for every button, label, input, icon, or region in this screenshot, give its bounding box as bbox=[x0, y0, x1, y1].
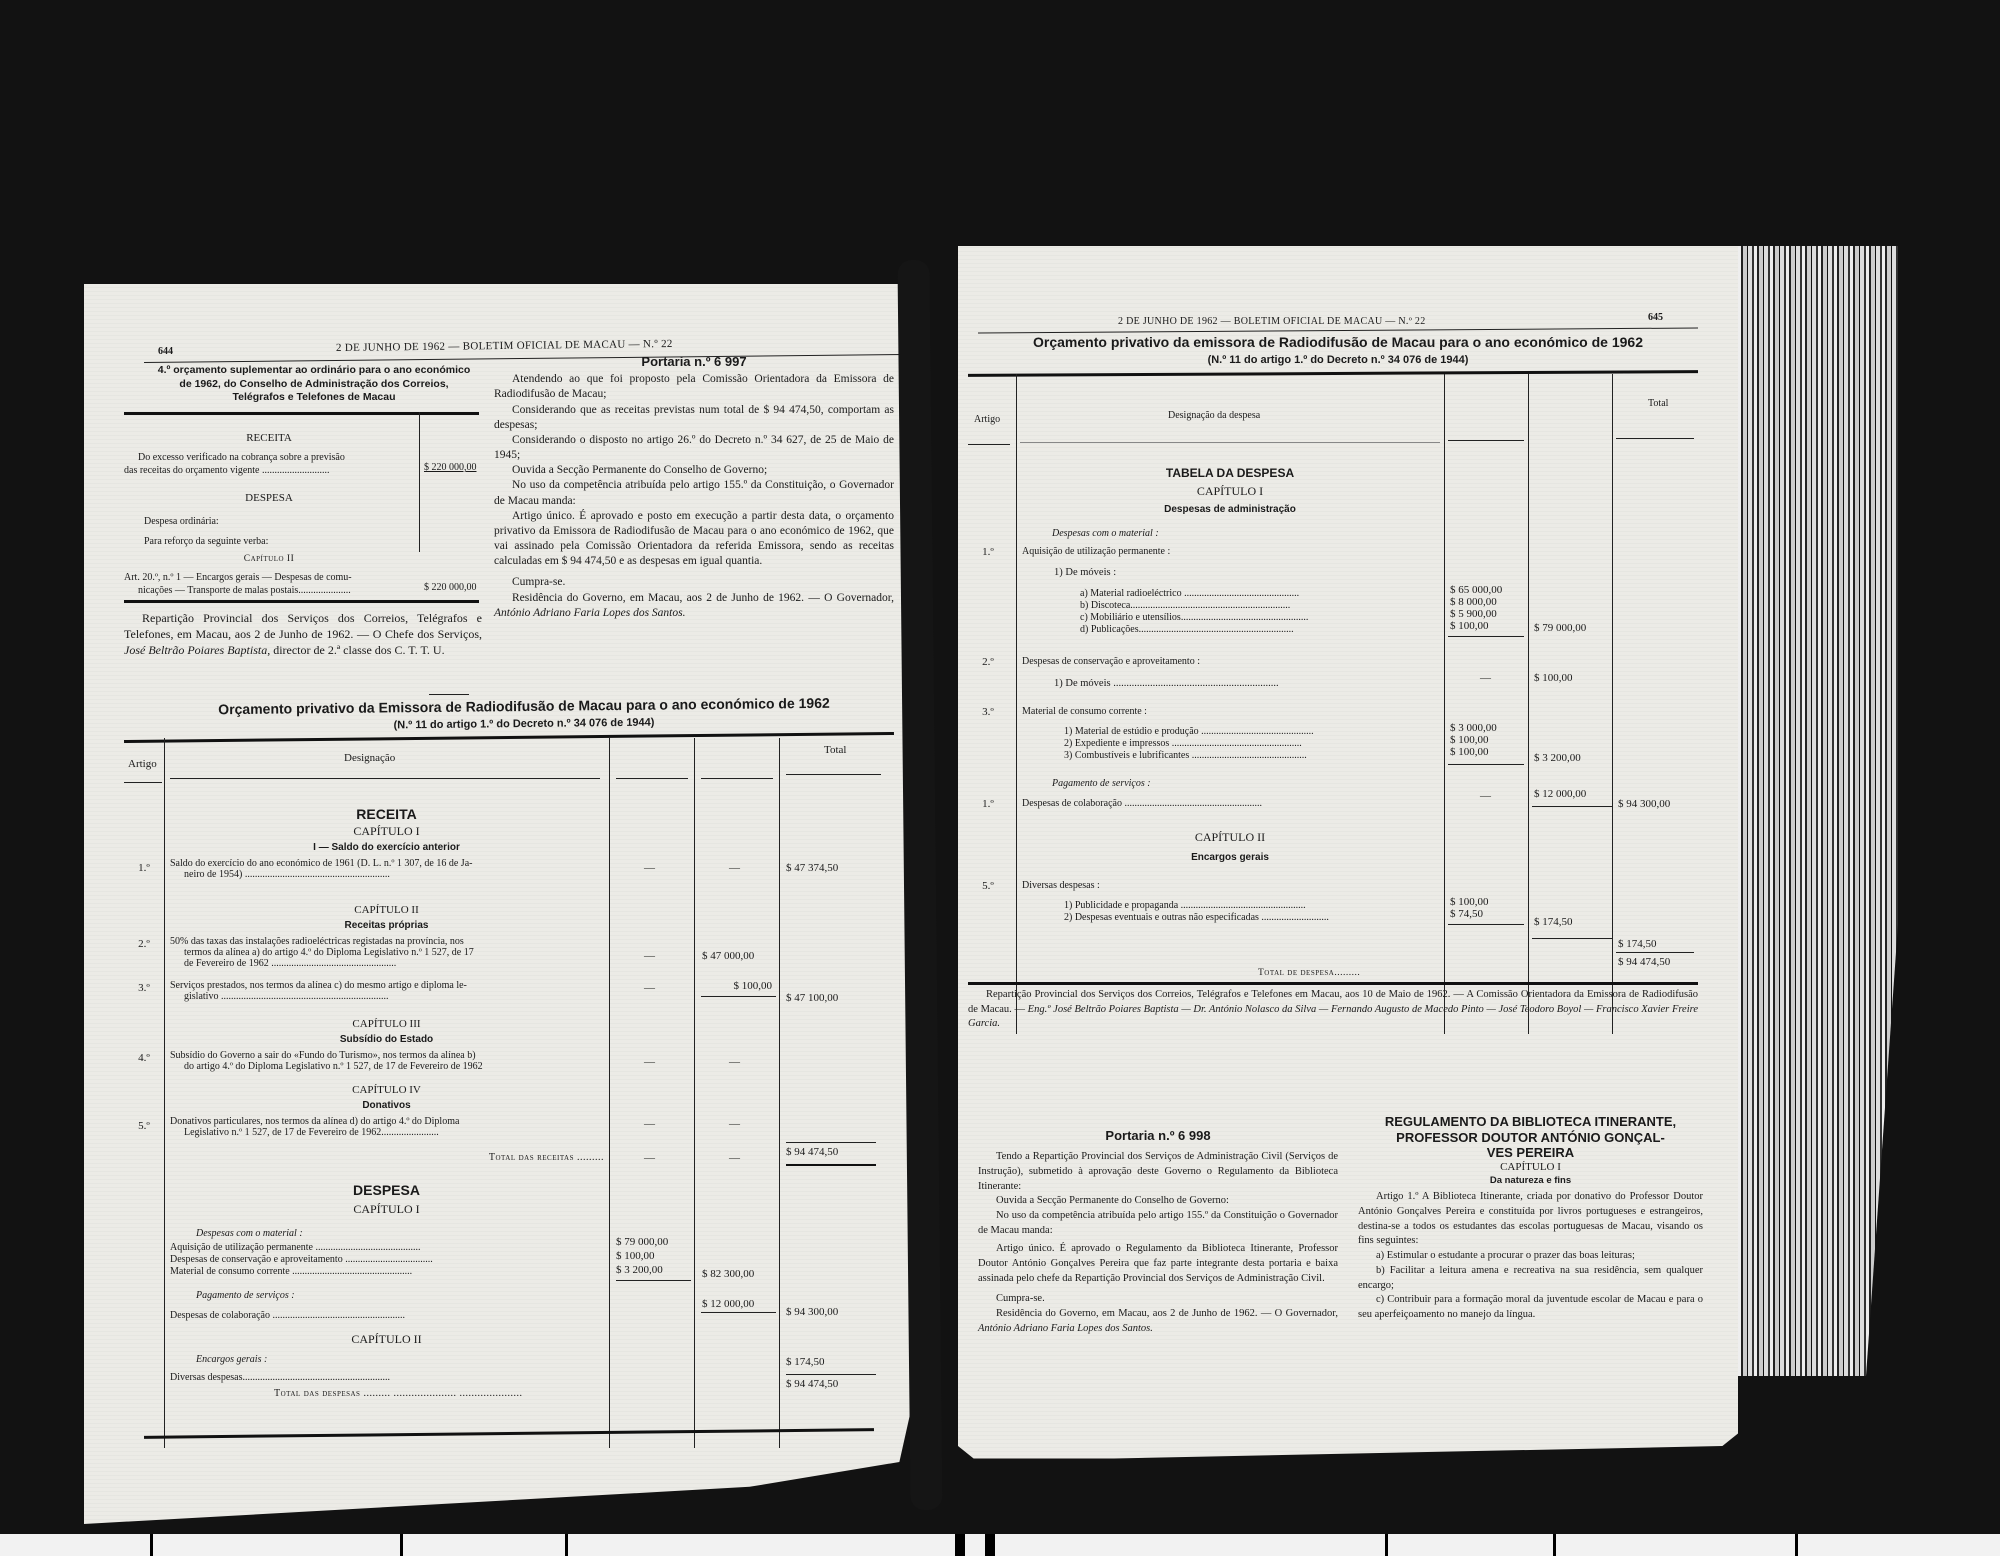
running-head: 2 DE JUNHO DE 1962 — BOLETIM OFICIAL DE … bbox=[336, 338, 673, 354]
budget-row: 1.º Saldo do exercício do ano económico … bbox=[124, 858, 894, 888]
total-receitas-row: Total das receitas ......... — — $ 94 47… bbox=[124, 1152, 894, 1172]
portaria-6998: Portaria n.º 6 998 Tendo a Repartição Pr… bbox=[978, 1128, 1338, 1337]
budget-title: Orçamento privativo da emissora de Radio… bbox=[968, 334, 1708, 350]
supplement-title: 4.º orçamento suplementar ao ordinário p… bbox=[124, 364, 504, 405]
budget-signature: Repartição Provincial dos Serviços dos C… bbox=[968, 988, 1698, 1032]
col-artigo: Artigo bbox=[974, 414, 1000, 425]
receita-amount: $ 220 000,00 bbox=[424, 462, 477, 475]
right-page: 2 DE JUNHO DE 1962 — BOLETIM OFICIAL DE … bbox=[958, 246, 1738, 1496]
receita-item: Do excesso verificado na cobrança sobre … bbox=[124, 452, 416, 477]
separator-rule bbox=[429, 694, 469, 695]
budget-subtitle: (N.º 11 do artigo 1.º do Decreto n.º 34 … bbox=[144, 714, 904, 734]
supplement-end-rule bbox=[124, 600, 479, 603]
film-bottom-strip bbox=[0, 1534, 2000, 1556]
budget-row: 3.º Serviços prestados, nos termos da al… bbox=[124, 980, 894, 1010]
col-artigo: Artigo bbox=[128, 758, 157, 770]
page-number: 645 bbox=[1648, 312, 1663, 323]
portaria-title: Portaria n.º 6 998 bbox=[978, 1128, 1338, 1144]
header-rule bbox=[978, 327, 1698, 333]
supplement-block: 4.º orçamento suplementar ao ordinário p… bbox=[124, 364, 504, 405]
budget-row: 2.º 50% das taxas das instalações radioe… bbox=[124, 936, 894, 980]
supplement-rule bbox=[124, 412, 479, 415]
art-item: Art. 20.º, n.º 1 — Encargos gerais — Des… bbox=[124, 572, 419, 597]
budget-bottom-rule bbox=[968, 982, 1698, 985]
budget-table-right: Artigo Designação da despesa Total TABEL… bbox=[968, 374, 1698, 1034]
regulamento-block: REGULAMENTO DA BIBLIOTECA ITINERANTE, PR… bbox=[1358, 1114, 1703, 1323]
receita-heading: RECEITA bbox=[124, 432, 414, 446]
col-designacao: Designação bbox=[344, 752, 395, 764]
portaria-title: Portaria n.º 6 997 bbox=[494, 354, 894, 370]
art-amount: $ 220 000,00 bbox=[424, 582, 477, 595]
supplement-signature: Repartição Provincial dos Serviços dos C… bbox=[124, 610, 482, 659]
budget-row: 4.º Subsídio do Governo a sair do «Fundo… bbox=[124, 1050, 894, 1080]
running-head: 2 DE JUNHO DE 1962 — BOLETIM OFICIAL DE … bbox=[1118, 316, 1426, 327]
despesa-ordinaria: Despesa ordinária: bbox=[144, 516, 219, 529]
regulamento-title: REGULAMENTO DA BIBLIOTECA ITINERANTE, PR… bbox=[1358, 1114, 1703, 1161]
budget-subtitle: (N.º 11 do artigo 1.º do Decreto n.º 34 … bbox=[968, 354, 1708, 366]
col-total: Total bbox=[1648, 398, 1668, 409]
portaria-6997: Portaria n.º 6 997 Atendendo ao que foi … bbox=[494, 354, 894, 621]
capitulo-label: Capítulo II bbox=[124, 554, 414, 566]
col-total: Total bbox=[824, 744, 846, 756]
budget-row: 5.º Donativos particulares, nos termos d… bbox=[124, 1116, 894, 1146]
supplement-divider bbox=[419, 412, 420, 552]
book-page-edges bbox=[1738, 246, 1898, 1376]
col-designacao: Designação da despesa bbox=[1168, 410, 1260, 421]
left-page: 644 2 DE JUNHO DE 1962 — BOLETIM OFICIAL… bbox=[84, 284, 916, 1524]
budget-table-left: Artigo Designação Total RECEITA CAPÍTULO… bbox=[124, 738, 894, 1448]
despesa-heading: DESPESA bbox=[124, 492, 414, 506]
reforco-verba: Para reforço da seguinte verba: bbox=[144, 536, 268, 549]
page-number: 644 bbox=[158, 346, 173, 357]
